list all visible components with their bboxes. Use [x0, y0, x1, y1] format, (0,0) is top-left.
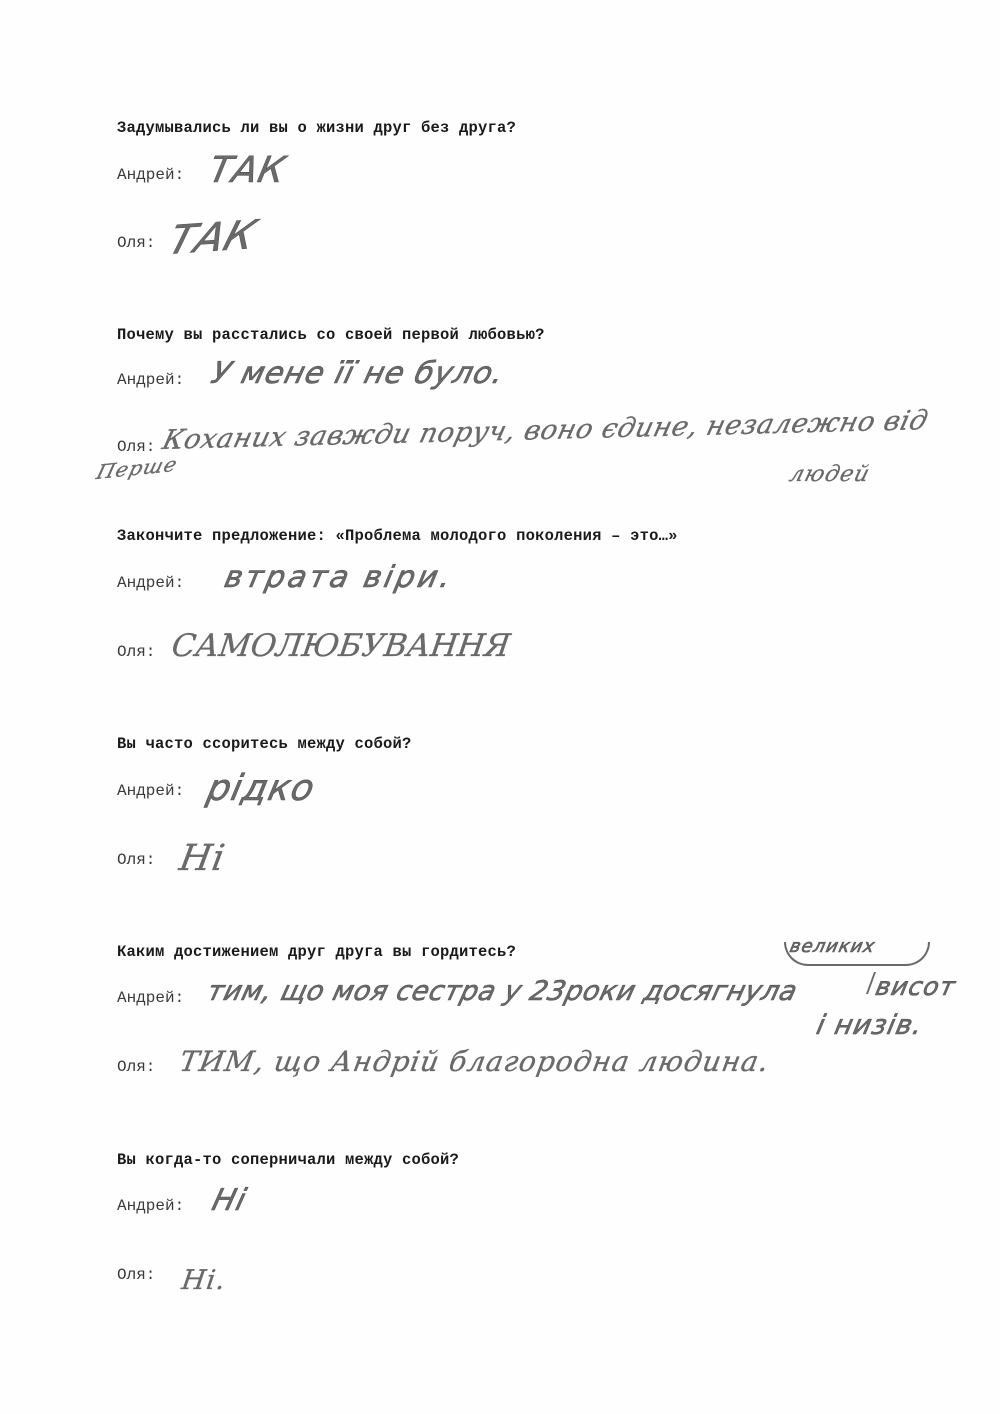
handwritten-answer-andrey: Ні [209, 1183, 251, 1218]
handwritten-continuation: і низів. [814, 1010, 926, 1041]
handwritten-answer-andrey: тим, що моя сестра у 23роки досягнула [204, 976, 800, 1007]
insertion-bracket [784, 942, 930, 966]
handwritten-margin-note: Перше [94, 452, 181, 484]
speaker-label-olya: Оля: [117, 234, 155, 252]
speaker-label-olya: Оля: [117, 1058, 155, 1076]
speaker-label-andrey: Андрей: [117, 989, 184, 1007]
speaker-label-olya: Оля: [117, 643, 155, 661]
handwritten-continuation: людей [787, 462, 873, 487]
speaker-label-andrey: Андрей: [117, 1197, 184, 1215]
speaker-label-olya: Оля: [117, 851, 155, 869]
question-2: Почему вы расстались со своей первой люб… [117, 326, 545, 344]
question-5: Каким достижением друг друга вы гордитес… [117, 943, 516, 961]
question-1: Задумывались ли вы о жизни друг без друг… [117, 119, 516, 137]
handwritten-answer-andrey: ТАК [206, 150, 290, 191]
handwritten-answer-andrey: втрата віри. [221, 560, 457, 595]
handwritten-answer-olya: Коханих завжди поруч, воно єдине, незале… [159, 405, 931, 456]
handwritten-answer-andrey: рідко [204, 768, 319, 809]
question-3: Закончите предложение: «Проблема молодог… [117, 527, 678, 545]
handwritten-answer-andrey: У мене її не було. [208, 356, 508, 391]
handwritten-answer-olya: Ні [176, 838, 228, 879]
speaker-label-olya: Оля: [117, 1266, 155, 1284]
speaker-label-andrey: Андрей: [117, 166, 184, 184]
speaker-label-andrey: Андрей: [117, 574, 184, 592]
handwritten-answer-olya: Ні. [180, 1265, 228, 1296]
speaker-label-andrey: Андрей: [117, 782, 184, 800]
question-6: Вы когда-то соперничали между собой? [117, 1151, 459, 1169]
handwritten-answer-olya: САМОЛЮБУВАННЯ [169, 628, 512, 664]
speaker-label-andrey: Андрей: [117, 371, 184, 389]
handwritten-answer-olya: ТАК [163, 212, 262, 264]
handwritten-after-insertion: висот [873, 972, 959, 1001]
questionnaire-page: Задумывались ли вы о жизни друг без друг… [0, 0, 1000, 1414]
handwritten-answer-olya: ТИМ, що Андрій благородна людина. [177, 1045, 772, 1078]
question-4: Вы часто ссоритесь между собой? [117, 735, 412, 753]
speaker-label-olya: Оля: [117, 438, 155, 456]
